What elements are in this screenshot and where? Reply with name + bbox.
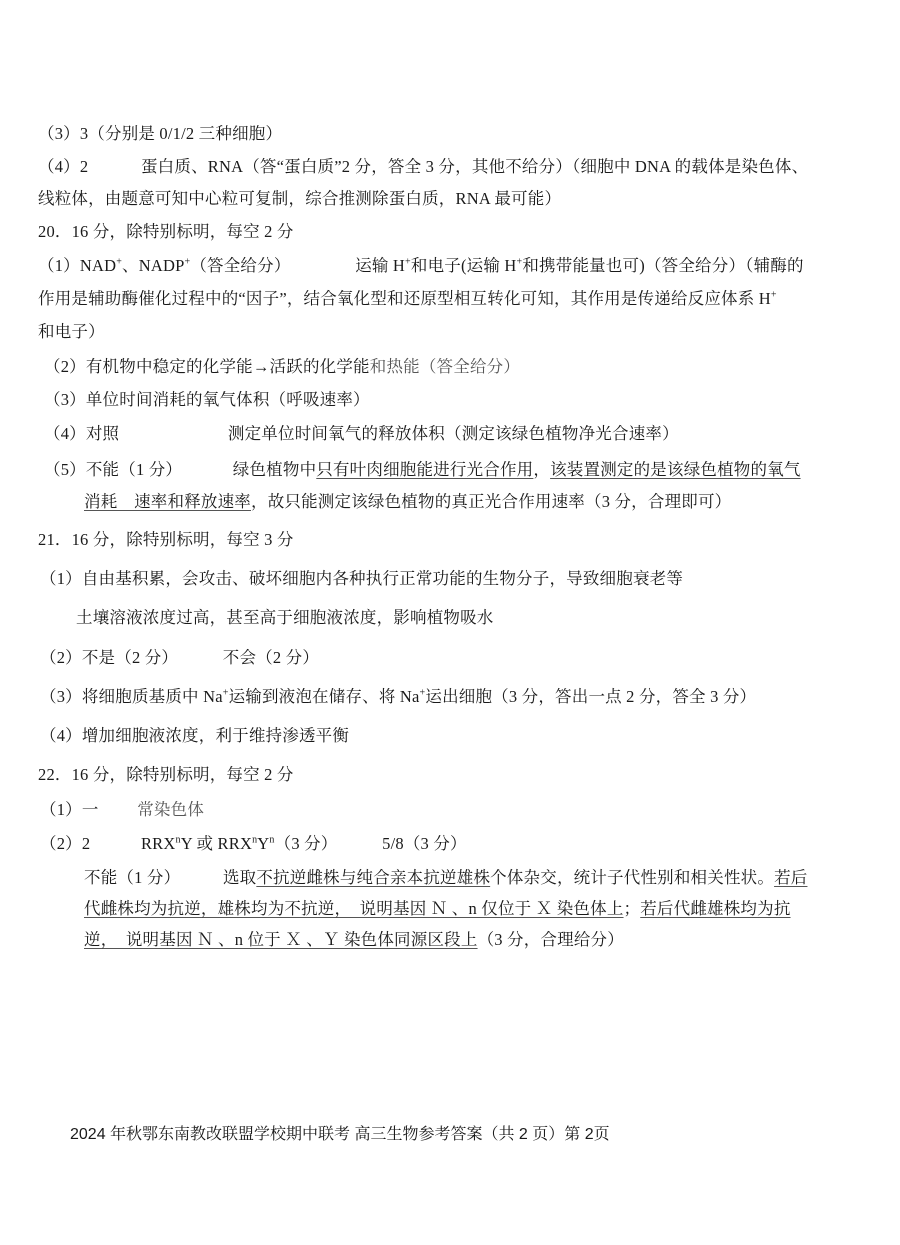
genotype-text: （3 分）: [275, 834, 338, 853]
q20-item2-text-grey: 和热能（答全给分）: [370, 357, 520, 376]
q21-item4: （4）增加细胞液浓度，利于维持渗透平衡: [40, 726, 349, 746]
superscript: +: [771, 290, 777, 301]
q20-item5-underlined: 该装置测定的是该绿色植物的氧气: [550, 460, 801, 479]
q20-item5: （5）不能（1 分） 绿色植物中只有叶肉细胞能进行光合作用，该装置测定的是该绿色…: [44, 460, 801, 480]
q20-item3: （3）单位时间消耗的氧气体积（呼吸速率）: [44, 390, 370, 410]
q19-item4-answer: 蛋白质、RNA（答“蛋白质”2 分，答全 3 分，其他不给分）（细胞中 DNA …: [141, 157, 808, 176]
q20-item1: （1）NAD+、NADP+（答全给分） 运输 H+和电子(运输 H+和携带能量也…: [38, 256, 804, 276]
q22-item2-ratio: 5/8（3 分）: [382, 834, 467, 853]
q20-item5-text: ，: [533, 460, 550, 479]
q22-item3-text: （3 分，合理给分）: [478, 930, 624, 949]
q21-item3: （3）将细胞质基质中 Na+运输到液泡在储存、将 Na+运出细胞（3 分，答出一…: [40, 687, 756, 707]
q21-item1-b: 土壤溶液浓度过高，甚至高于细胞液浓度，影响植物吸水: [76, 608, 494, 628]
q21-item3-text: （3）将细胞质基质中 Na: [40, 687, 223, 706]
q19-item4: （4）2 蛋白质、RNA（答“蛋白质”2 分，答全 3 分，其他不给分）（细胞中…: [38, 157, 808, 177]
q20-item5-cont: 消耗 速率和释放速率，故只能测定该绿色植物的真正光合作用速率（3 分，合理即可）: [84, 492, 731, 512]
q20-item1-text: （答全给分）: [190, 256, 290, 275]
q20-item2: （2）有机物中稳定的化学能→活跃的化学能和热能（答全给分）: [44, 357, 520, 377]
q20-item1-text: 作用是辅助酶催化过程中的“因子”，结合氧化型和还原型相互转化可知，其作用是传递给…: [38, 289, 771, 308]
q22-item3-text: ；: [624, 899, 641, 918]
genotype-text: RRX: [141, 834, 176, 853]
q22-item3-underlined: 代雌株均为抗逆，雄株均为不抗逆， 说明基因 Ｎ 、n 仅位于 Ｘ 染色体上: [84, 899, 624, 918]
q22-item1-label: （1）一: [40, 800, 99, 819]
q22-item3-text: 个体杂交，统计子代性别和相关性状。: [490, 868, 774, 887]
q20-item5-text: ，故只能测定该绿色植物的真正光合作用速率（3 分，合理即可）: [251, 492, 731, 511]
q20-item1-text: 运输 H: [355, 256, 405, 275]
q19-item4-label: （4）2: [38, 157, 88, 176]
q22-item3: 不能（1 分） 选取不抗逆雌株与纯合亲本抗逆雄株个体杂交，统计子代性别和相关性状…: [84, 868, 807, 888]
q21-item3-text: 运出细胞（3 分，答出一点 2 分，答全 3 分）: [425, 687, 756, 706]
q22-item3-label: 不能（1 分）: [84, 868, 180, 887]
q21-header: 21．16 分，除特别标明，每空 3 分: [38, 530, 294, 550]
q20-item4: （4）对照 测定单位时间氧气的释放体积（测定该绿色植物净光合速率）: [44, 424, 679, 444]
q22-item3-text: 选取: [223, 868, 256, 887]
q20-item2-text: （2）有机物中稳定的化学能→活跃的化学能: [44, 357, 370, 376]
q20-item5-text: 绿色植物中: [233, 460, 317, 479]
q21-item1: （1）自由基积累，会攻击、破坏细胞内各种执行正常功能的生物分子，导致细胞衰老等: [40, 569, 683, 589]
q22-item3-underlined: 不抗逆雌株与纯合亲本抗逆雄株: [256, 868, 490, 887]
q22-header: 22．16 分，除特别标明，每空 2 分: [38, 765, 294, 785]
q19-item4-cont: 线粒体，由题意可知中心粒可复制，综合推测除蛋白质，RNA 最可能）: [38, 189, 561, 209]
q20-item5-label: （5）不能（1 分）: [44, 460, 182, 479]
q22-item3-line2: 代雌株均为抗逆，雄株均为不抗逆， 说明基因 Ｎ 、n 仅位于 Ｘ 染色体上；若后…: [84, 899, 791, 919]
q21-item2: （2）不是（2 分） 不会（2 分）: [40, 648, 319, 668]
q20-item1-text: 和携带能量也可)（答全给分）（辅酶的: [522, 256, 803, 275]
q20-item4-answer: 测定单位时间氧气的释放体积（测定该绿色植物净光合速率）: [228, 424, 679, 443]
q21-item2-b: 不会（2 分）: [223, 648, 319, 667]
q20-item1-text: 、NADP: [122, 256, 184, 275]
q22-item1-answer: 常染色体: [137, 800, 204, 819]
genotype-text: Y: [257, 834, 269, 853]
genotype-text: Y 或 RRX: [181, 834, 252, 853]
q20-item4-label: （4）对照: [44, 424, 119, 443]
q20-item5-underlined: 消耗 速率和释放速率: [84, 492, 251, 511]
q20-item1-line2: 作用是辅助酶催化过程中的“因子”，结合氧化型和还原型相互转化可知，其作用是传递给…: [38, 289, 777, 309]
q19-item3: （3）3（分别是 0/1/2 三种细胞）: [38, 124, 282, 144]
q22-item2: （2）2 RRXnY 或 RRXnYn（3 分） 5/8（3 分）: [40, 834, 467, 854]
q21-item3-text: 运输到液泡在储存、将 Na: [229, 687, 420, 706]
q20-item1-line3: 和电子）: [38, 322, 105, 342]
q22-item3-underlined: 若后: [774, 868, 807, 887]
q22-item3-underlined: 逆， 说明基因 Ｎ 、n 位于 Ｘ 、Ｙ 染色体同源区段上: [84, 930, 478, 949]
q20-item5-underlined: 只有叶肉细胞能进行光合作用: [316, 460, 533, 479]
q22-item2-label: （2）2: [40, 834, 90, 853]
q20-item1-text: （1）NAD: [38, 256, 116, 275]
q21-item2-a: （2）不是（2 分）: [40, 648, 178, 667]
q22-item3-line3: 逆， 说明基因 Ｎ 、n 位于 Ｘ 、Ｙ 染色体同源区段上（3 分，合理给分）: [84, 930, 624, 950]
q22-item1: （1）一 常染色体: [40, 800, 204, 820]
q20-item1-text: 和电子(运输 H: [411, 256, 517, 275]
q20-header: 20．16 分，除特别标明，每空 2 分: [38, 222, 294, 242]
page-footer: 2024 年秋鄂东南教改联盟学校期中联考 高三生物参考答案（共 2 页）第 2页: [70, 1125, 610, 1145]
q22-item3-underlined: 若后代雌雄株均为抗: [640, 899, 790, 918]
